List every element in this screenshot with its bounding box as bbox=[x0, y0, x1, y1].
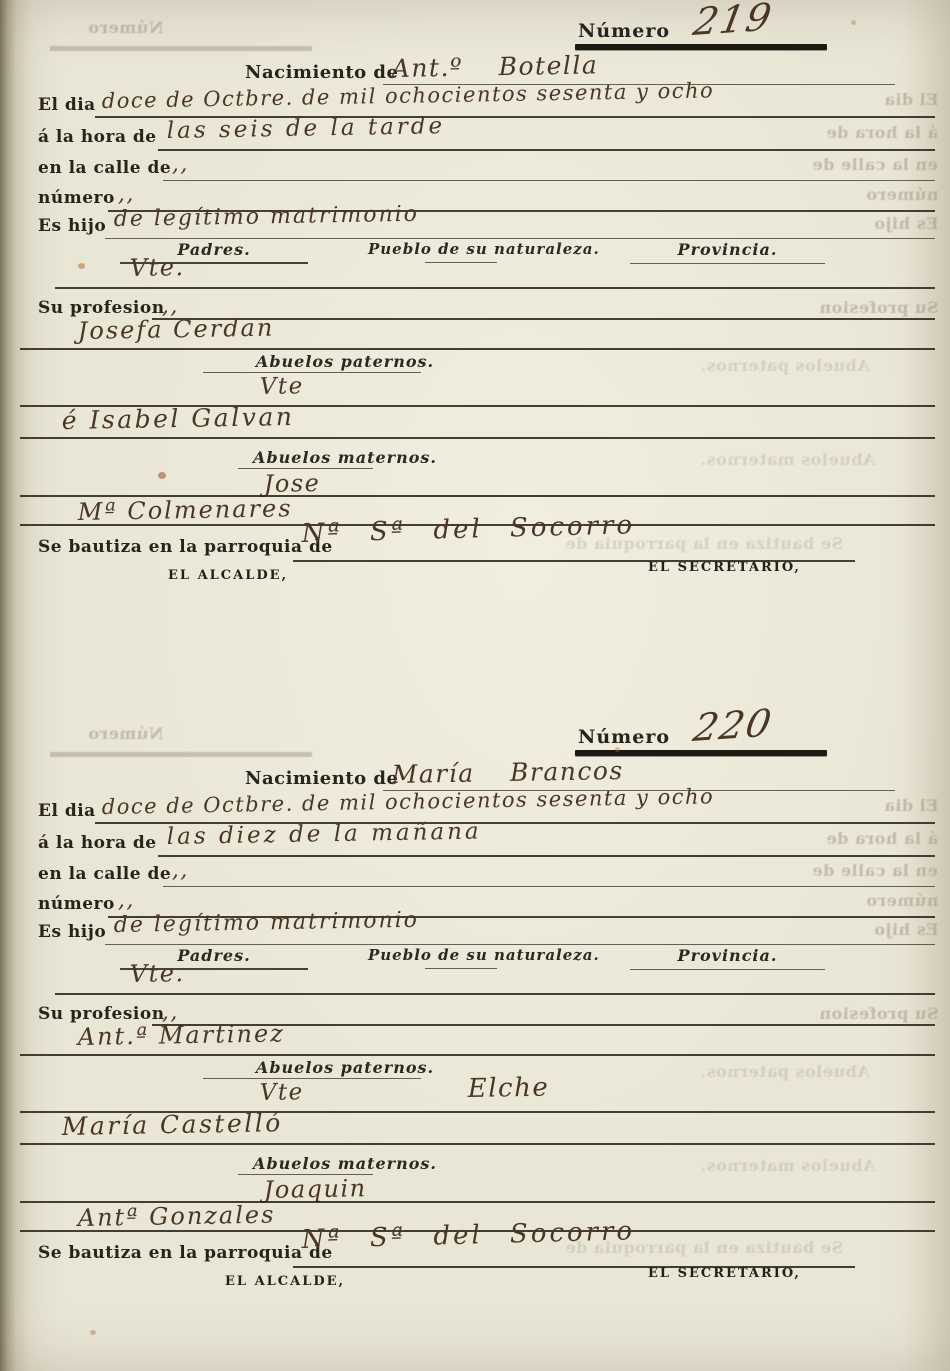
es-hijo-value: de legítimo matrimonio bbox=[114, 202, 420, 232]
abuelo-materno-value: Joaquin bbox=[264, 1174, 367, 1204]
bleedthrough-hora: á la hora de bbox=[826, 829, 938, 848]
numero-label: Número bbox=[578, 20, 670, 42]
pueblo-header: Pueblo de su naturaleza. bbox=[368, 946, 560, 964]
bleedthrough-su-profesion: Su profesion bbox=[819, 298, 939, 317]
madre-value: Ant.ª Martinez bbox=[78, 1019, 286, 1051]
nombre-value: María Brancos bbox=[391, 756, 623, 789]
calle-value: ,, bbox=[172, 152, 189, 177]
hora-label: á la hora de bbox=[38, 833, 157, 853]
bleedthrough-numero: Número bbox=[88, 724, 163, 743]
paper-stain bbox=[158, 472, 166, 479]
birth-record-219: Número El dia á la hora de en la calle d… bbox=[0, 6, 950, 606]
provincia-header: Provincia. bbox=[630, 240, 825, 264]
abuelos-maternos-header: Abuelos maternos. bbox=[225, 1154, 465, 1173]
thick-rule bbox=[575, 750, 827, 756]
bleedthrough-el-dia: El dia bbox=[884, 90, 938, 109]
padre-value: Vte. bbox=[130, 959, 185, 988]
se-bautiza-label: Se bautiza en la parroquia de bbox=[38, 537, 333, 557]
es-hijo-label: Es hijo bbox=[38, 216, 106, 236]
es-hijo-label: Es hijo bbox=[38, 922, 106, 942]
header-underline bbox=[203, 372, 421, 373]
madre-value: Josefa Cerdan bbox=[78, 314, 275, 345]
abuelos-maternos-header: Abuelos maternos. bbox=[225, 448, 465, 467]
pueblo-header-underline bbox=[425, 262, 497, 263]
paper-stain bbox=[90, 1330, 96, 1335]
calle-label: en la calle de bbox=[38, 864, 171, 884]
bleedthrough-su-profesion: Su profesion bbox=[819, 1004, 939, 1023]
pueblo-header-underline bbox=[425, 968, 497, 969]
numero-value: 219 bbox=[690, 0, 776, 44]
abuelos-paternos-header: Abuelos paternos. bbox=[225, 1058, 465, 1077]
numero-field-label: número bbox=[38, 188, 115, 208]
bleedthrough-numero: Número bbox=[88, 18, 163, 37]
nacimiento-label: Nacimiento de bbox=[245, 62, 398, 83]
numero-value: 220 bbox=[690, 701, 776, 750]
secretario-signature-label: EL SECRETARIO, bbox=[648, 560, 801, 575]
paper-stain bbox=[851, 20, 856, 25]
el-dia-label: El dia bbox=[38, 801, 96, 821]
birth-record-220: Número El dia á la hora de en la calle d… bbox=[0, 712, 950, 1312]
field-line bbox=[55, 287, 935, 289]
header-underline bbox=[203, 1078, 421, 1079]
field-line bbox=[158, 855, 935, 857]
bleedthrough-numero-field: número bbox=[866, 185, 938, 204]
paper-stain bbox=[78, 263, 85, 269]
el-dia-value: doce de Octbre. de mil ochocientos sesen… bbox=[102, 784, 715, 819]
bleedthrough-rule bbox=[50, 752, 312, 757]
pueblo-header: Pueblo de su naturaleza. bbox=[368, 240, 560, 258]
numero-field-value: ,, bbox=[118, 182, 135, 207]
abuela-paterna-value: María Castelló bbox=[61, 1108, 283, 1141]
secretario-signature-label: EL SECRETARIO, bbox=[648, 1266, 801, 1281]
provincia-header: Provincia. bbox=[630, 946, 825, 970]
bleedthrough-es-hijo: Es hijo bbox=[874, 920, 938, 939]
bleedthrough-rule bbox=[50, 46, 312, 51]
numero-field-value: ,, bbox=[118, 888, 135, 913]
paper-stain bbox=[615, 747, 620, 752]
alcalde-signature-label: EL ALCALDE, bbox=[225, 1274, 345, 1289]
abuelos-paternos-header: Abuelos paternos. bbox=[225, 352, 465, 371]
el-dia-value: doce de Octbre. de mil ochocientos sesen… bbox=[102, 78, 715, 113]
bleedthrough-abuelos-maternos: Abuelos maternos. bbox=[700, 450, 875, 469]
field-line bbox=[20, 437, 935, 439]
calle-label: en la calle de bbox=[38, 158, 171, 178]
field-line bbox=[20, 348, 935, 350]
abuelo-paterno-value: Vte bbox=[260, 373, 304, 400]
field-line bbox=[20, 1054, 935, 1056]
nacimiento-label: Nacimiento de bbox=[245, 768, 398, 789]
alcalde-signature-label: EL ALCALDE, bbox=[168, 568, 288, 583]
abuelo-paterno-pueblo-value: Elche bbox=[467, 1073, 549, 1104]
abuela-paterna-value: é Isabel Galvan bbox=[61, 402, 294, 435]
bleedthrough-abuelos-paternos: Abuelos paternos. bbox=[700, 1062, 870, 1081]
numero-label: Número bbox=[578, 726, 670, 748]
hora-value: las diez de la mañana bbox=[167, 819, 482, 850]
abuela-materna-value: Mª Colmenares bbox=[78, 494, 293, 526]
bleedthrough-numero-field: número bbox=[866, 891, 938, 910]
bleedthrough-es-hijo: Es hijo bbox=[874, 214, 938, 233]
padre-value: Vte. bbox=[130, 253, 185, 282]
bleedthrough-abuelos-paternos: Abuelos paternos. bbox=[700, 356, 870, 375]
el-dia-label: El dia bbox=[38, 95, 96, 115]
bleedthrough-calle: en la calle de bbox=[812, 155, 938, 174]
bleedthrough-el-dia: El dia bbox=[884, 796, 938, 815]
hora-value: las seis de la tarde bbox=[167, 113, 446, 144]
se-bautiza-label: Se bautiza en la parroquia de bbox=[38, 1243, 333, 1263]
field-line bbox=[163, 886, 935, 887]
es-hijo-value: de legítimo matrimonio bbox=[114, 908, 420, 938]
abuela-materna-value: Antª Gonzales bbox=[78, 1201, 276, 1232]
bleedthrough-hora: á la hora de bbox=[826, 123, 938, 142]
hora-label: á la hora de bbox=[38, 127, 157, 147]
abuelo-paterno-value: Vte bbox=[260, 1079, 304, 1106]
bleedthrough-abuelos-maternos: Abuelos maternos. bbox=[700, 1156, 875, 1175]
field-line bbox=[163, 180, 935, 181]
field-line bbox=[20, 1143, 935, 1145]
field-line bbox=[158, 149, 935, 151]
field-line bbox=[105, 944, 935, 945]
numero-field-label: número bbox=[38, 894, 115, 914]
thick-rule bbox=[575, 44, 827, 50]
calle-value: ,, bbox=[172, 858, 189, 883]
registry-page-scan: { "labels": { "numero": "Número", "nacim… bbox=[0, 0, 950, 1371]
page-gap bbox=[0, 606, 950, 712]
field-line bbox=[105, 238, 935, 239]
field-line bbox=[55, 993, 935, 995]
bleedthrough-calle: en la calle de bbox=[812, 861, 938, 880]
nombre-value: Ant.º Botella bbox=[391, 50, 598, 83]
